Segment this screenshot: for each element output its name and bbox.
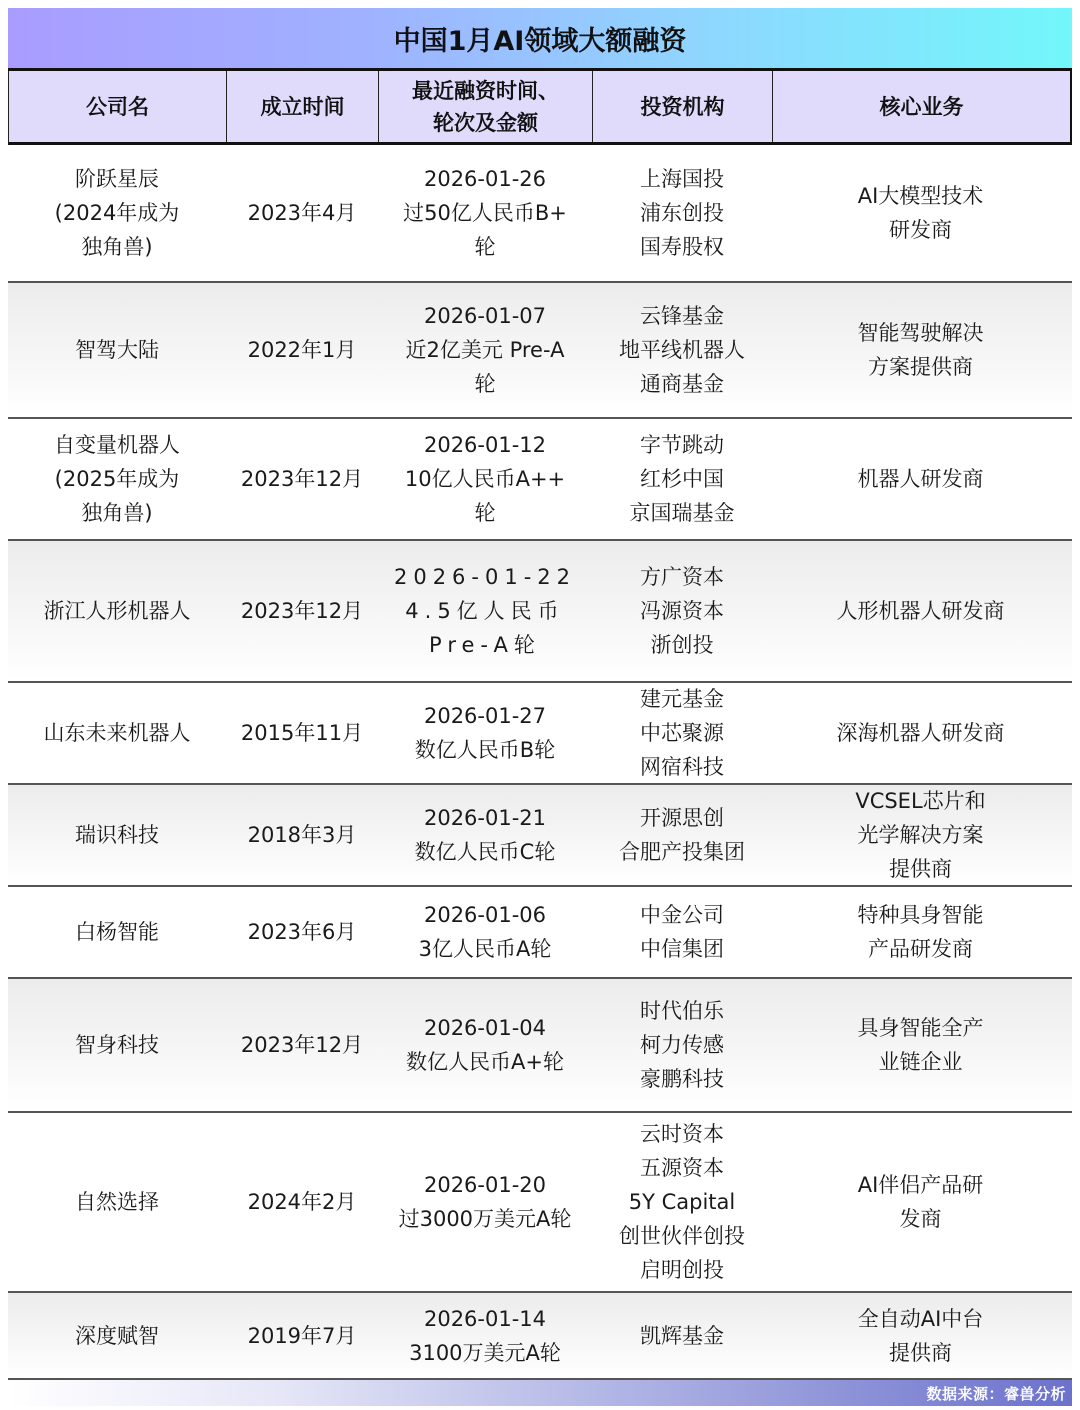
company-cell: 自变量机器人 (2025年成为 独角兽) (8, 419, 226, 539)
page-title: 中国1月AI领域大额融资 (394, 19, 687, 58)
table-header: 公司名 成立时间 最近融资时间、 轮次及金额 投资机构 核心业务 (8, 71, 1072, 145)
footer-bar: 数据来源：睿兽分析 (8, 1380, 1072, 1406)
investors-cell: 开源思创 合肥产投集团 (592, 785, 772, 885)
business-cell: 具身智能全产 业链企业 (772, 979, 1069, 1111)
funding-cell: 2026-01-06 3亿人民币A轮 (378, 887, 592, 977)
company-cell: 浙江人形机器人 (8, 541, 226, 681)
founded-cell: 2023年12月 (226, 979, 378, 1111)
investors-cell: 云锋基金 地平线机器人 通商基金 (592, 283, 772, 417)
table-row: 白杨智能 2023年6月 2026-01-06 3亿人民币A轮 中金公司 中信集… (8, 887, 1072, 979)
company-cell: 智驾大陆 (8, 283, 226, 417)
investors-cell: 云时资本 五源资本 5Y Capital 创世伙伴创投 启明创投 (592, 1113, 772, 1291)
table-row: 瑞识科技 2018年3月 2026-01-21 数亿人民币C轮 开源思创 合肥产… (8, 785, 1072, 887)
funding-cell: 2026-01-21 数亿人民币C轮 (378, 785, 592, 885)
column-header-founded: 成立时间 (227, 71, 379, 142)
founded-cell: 2018年3月 (226, 785, 378, 885)
business-cell: 人形机器人研发商 (772, 541, 1069, 681)
funding-cell: 2026-01-22 4.5亿人民币 Pre-A轮 (378, 541, 592, 681)
funding-cell: 2026-01-14 3100万美元A轮 (378, 1293, 592, 1378)
company-cell: 自然选择 (8, 1113, 226, 1291)
founded-cell: 2022年1月 (226, 283, 378, 417)
funding-cell: 2026-01-12 10亿人民币A++ 轮 (378, 419, 592, 539)
investors-cell: 上海国投 浦东创投 国寿股权 (592, 145, 772, 281)
investors-cell: 时代伯乐 柯力传感 豪鹏科技 (592, 979, 772, 1111)
column-header-funding: 最近融资时间、 轮次及金额 (379, 71, 593, 142)
business-cell: AI大模型技术 研发商 (772, 145, 1069, 281)
table-row: 阶跃星辰 (2024年成为 独角兽) 2023年4月 2026-01-26 过5… (8, 145, 1072, 283)
company-cell: 白杨智能 (8, 887, 226, 977)
company-cell: 瑞识科技 (8, 785, 226, 885)
founded-cell: 2023年12月 (226, 541, 378, 681)
investors-cell: 凯辉基金 (592, 1293, 772, 1378)
title-bar: 中国1月AI领域大额融资 (8, 8, 1072, 71)
table-row: 自变量机器人 (2025年成为 独角兽) 2023年12月 2026-01-12… (8, 419, 1072, 541)
founded-cell: 2023年6月 (226, 887, 378, 977)
company-cell: 阶跃星辰 (2024年成为 独角兽) (8, 145, 226, 281)
table-row: 智身科技 2023年12月 2026-01-04 数亿人民币A+轮 时代伯乐 柯… (8, 979, 1072, 1113)
table-row: 山东未来机器人 2015年11月 2026-01-27 数亿人民币B轮 建元基金… (8, 683, 1072, 785)
column-header-business: 核心业务 (773, 71, 1070, 142)
investors-cell: 中金公司 中信集团 (592, 887, 772, 977)
funding-cell: 2026-01-04 数亿人民币A+轮 (378, 979, 592, 1111)
founded-cell: 2024年2月 (226, 1113, 378, 1291)
table-row: 浙江人形机器人 2023年12月 2026-01-22 4.5亿人民币 Pre-… (8, 541, 1072, 683)
founded-cell: 2023年4月 (226, 145, 378, 281)
business-cell: 智能驾驶解决 方案提供商 (772, 283, 1069, 417)
column-header-company: 公司名 (9, 71, 227, 142)
founded-cell: 2019年7月 (226, 1293, 378, 1378)
funding-table-sheet: 中国1月AI领域大额融资 公司名 成立时间 最近融资时间、 轮次及金额 投资机构… (8, 8, 1072, 1406)
table-row: 自然选择 2024年2月 2026-01-20 过3000万美元A轮 云时资本 … (8, 1113, 1072, 1293)
business-cell: VCSEL芯片和 光学解决方案 提供商 (772, 785, 1069, 885)
company-cell: 山东未来机器人 (8, 683, 226, 783)
company-cell: 智身科技 (8, 979, 226, 1111)
business-cell: 特种具身智能 产品研发商 (772, 887, 1069, 977)
funding-cell: 2026-01-27 数亿人民币B轮 (378, 683, 592, 783)
data-source-label: 数据来源：睿兽分析 (926, 1383, 1066, 1404)
table-row: 深度赋智 2019年7月 2026-01-14 3100万美元A轮 凯辉基金 全… (8, 1293, 1072, 1380)
investors-cell: 方广资本 冯源资本 浙创投 (592, 541, 772, 681)
funding-cell: 2026-01-26 过50亿人民币B+ 轮 (378, 145, 592, 281)
investors-cell: 字节跳动 红杉中国 京国瑞基金 (592, 419, 772, 539)
funding-cell: 2026-01-07 近2亿美元 Pre-A 轮 (378, 283, 592, 417)
business-cell: 全自动AI中台 提供商 (772, 1293, 1069, 1378)
table-row: 智驾大陆 2022年1月 2026-01-07 近2亿美元 Pre-A 轮 云锋… (8, 283, 1072, 419)
founded-cell: 2023年12月 (226, 419, 378, 539)
funding-cell: 2026-01-20 过3000万美元A轮 (378, 1113, 592, 1291)
column-header-investors: 投资机构 (593, 71, 773, 142)
investors-cell: 建元基金 中芯聚源 网宿科技 (592, 683, 772, 783)
company-cell: 深度赋智 (8, 1293, 226, 1378)
business-cell: 深海机器人研发商 (772, 683, 1069, 783)
business-cell: 机器人研发商 (772, 419, 1069, 539)
business-cell: AI伴侣产品研 发商 (772, 1113, 1069, 1291)
founded-cell: 2015年11月 (226, 683, 378, 783)
